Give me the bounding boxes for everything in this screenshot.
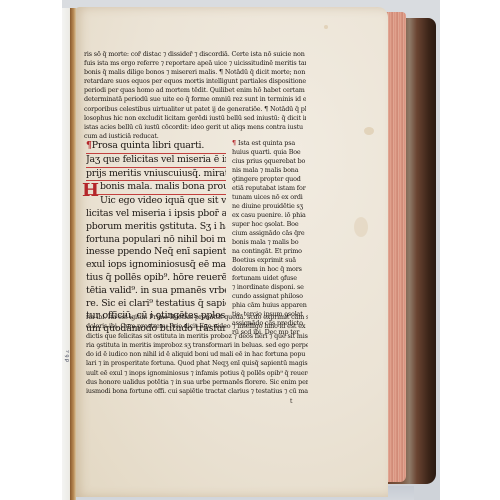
gloss-line: dus honore ualidus potētia ⁊ in sua urbe… [86, 378, 308, 387]
gloss-line: ꝯtingere propter quod [232, 175, 307, 184]
main-text-column: ¶Prosa quinta libri quarti. Jaʒ que feli… [86, 140, 226, 336]
gloss-line: bonis q̄ malis dilige bonos ⁊ misereri m… [84, 68, 306, 77]
main-line: tētia valid⁹. in sua pmanēs vrbe flore [86, 285, 226, 298]
main-line: tius q̄ pollēs opib⁹. hōre reuerēd⁹. po [86, 272, 226, 285]
gloss-line: ex casu puenire. iō phia [232, 211, 307, 220]
gloss-line: iusmodi bona fortune offi. cui sapiētie … [86, 387, 308, 396]
main-line: exul iops ignominiosusq̄ eē malit po [86, 259, 226, 272]
main-line: fortuna populari nō nihil boi malive [86, 234, 226, 247]
gloss-line: cium assignādo cās q̄re [232, 229, 307, 238]
gloss-line: doloris ibi. Cum prestrem. Prio dicit Eg… [86, 322, 308, 331]
heading-text: Prosa quinta libri quarti. [92, 140, 204, 151]
main-line: inesse ppendo Neq̄ enī sapientū quisq̄ [86, 246, 226, 259]
main-line: pborum meritis ꝯstituta. Sʒ i hac ipsa [86, 221, 226, 234]
foxing-stain [354, 217, 368, 237]
gloss-line: cius prius ꝯquerebat bo [232, 157, 307, 166]
drop-cap-initial: H [82, 180, 99, 201]
gloss-line: periodi per quas homo ad mortem tēdit. Q… [84, 86, 306, 95]
signature-mark: t [290, 398, 292, 405]
gloss-line: istas acies bellū cū iustū cōcordit: ide… [84, 123, 306, 132]
gloss-line: dictis que felicitas sit ostituta in mer… [86, 332, 308, 341]
main-line: re. Sic ei clari⁹ testatius q̄ sapiētie … [86, 298, 226, 311]
main-line: Jaʒ que felicitas vel miseria ē in p [86, 154, 226, 168]
gloss-line: nis mala ⁊ malis bona [232, 166, 307, 175]
gloss-line: ¶ Ista est quinta psa [232, 139, 307, 148]
side-commentary-column: ¶ Ista est quinta psa huius quarti. quia… [232, 139, 307, 337]
gloss-line: dolorem in hoc q̄ mors [232, 265, 307, 274]
top-commentary-block: ris sō q̄ morte: cor̄ dist̄ac ⁊ dissider… [84, 50, 306, 141]
gloss-line: corporibus celestibus uirtualiter ut pat… [84, 105, 306, 114]
gloss-line: etiā reputabat istam for [232, 184, 307, 193]
main-line: prijs meritis vniuscuiusq̄. miratur cur [86, 168, 226, 182]
bottom-commentary-block: ria ibi. Ita est igitur. Primo Boetius p… [86, 313, 308, 397]
main-line: bonis mala. malis bona proueniāt [86, 181, 226, 195]
gloss-line: do id ē iudico non nihil id ē aliquid bo… [86, 350, 308, 359]
gloss-line: phia cām huius apparen [232, 301, 307, 310]
gloss-line: bonis mala ⁊ malis bo [232, 238, 307, 247]
gloss-line: ris sō q̄ morte: cor̄ dist̄ac ⁊ dissider… [84, 50, 306, 59]
foxing-stain [364, 127, 374, 135]
gloss-line: lari ⁊ in prosperitate fortuna. Quod pha… [86, 359, 308, 368]
section-heading: ¶Prosa quinta libri quarti. [86, 140, 226, 154]
gloss-line: losophus hic non excludit licitam gerēdi… [84, 114, 306, 123]
gloss-line: tunam uices nō ex ordi [232, 193, 307, 202]
gloss-line: ria ꝯstituta in meritis improboz sʒ tran… [86, 341, 308, 350]
gloss-text: Ista est quinta psa [238, 139, 295, 147]
gloss-line: na contingāt. Et primo [232, 247, 307, 256]
facing-page-marginalia: ⁊ ꝯ ꝑ [62, 350, 70, 390]
gloss-line: retardare suos equos per equos mortis in… [84, 77, 306, 86]
gloss-line: cundo assignat philoso [232, 292, 307, 301]
main-line: licitas vel miseria i ipsis pbor̄ atq̄ i… [86, 208, 226, 221]
gloss-line: super hoc ꝯsolat. Boe [232, 220, 307, 229]
gloss-line: ⁊ inordinate disponi. se [232, 283, 307, 292]
foxing-stain [324, 25, 328, 29]
gloss-line: fuis ista ms ergo referre ⁊ reportare ap… [84, 59, 306, 68]
gloss-line: huius quarti. quia Boe [232, 148, 307, 157]
gloss-line: ne diuine prouidētie sʒ [232, 202, 307, 211]
gloss-line: ria ibi. Ita est igitur. Primo Boetius p… [86, 313, 308, 322]
gloss-line: Boetius exprimit suā [232, 256, 307, 265]
gloss-line: uult eē exul ⁊ inops ignominiosus ⁊ infa… [86, 369, 308, 378]
gloss-line: determinatā periodū sue uite eo q̄ forme… [84, 95, 306, 104]
gloss-line: fortunam uidet ꝯfuse [232, 274, 307, 283]
main-line: Uic ego video iquā que sit vel fe [86, 195, 226, 208]
gutter-shadow [70, 8, 76, 500]
